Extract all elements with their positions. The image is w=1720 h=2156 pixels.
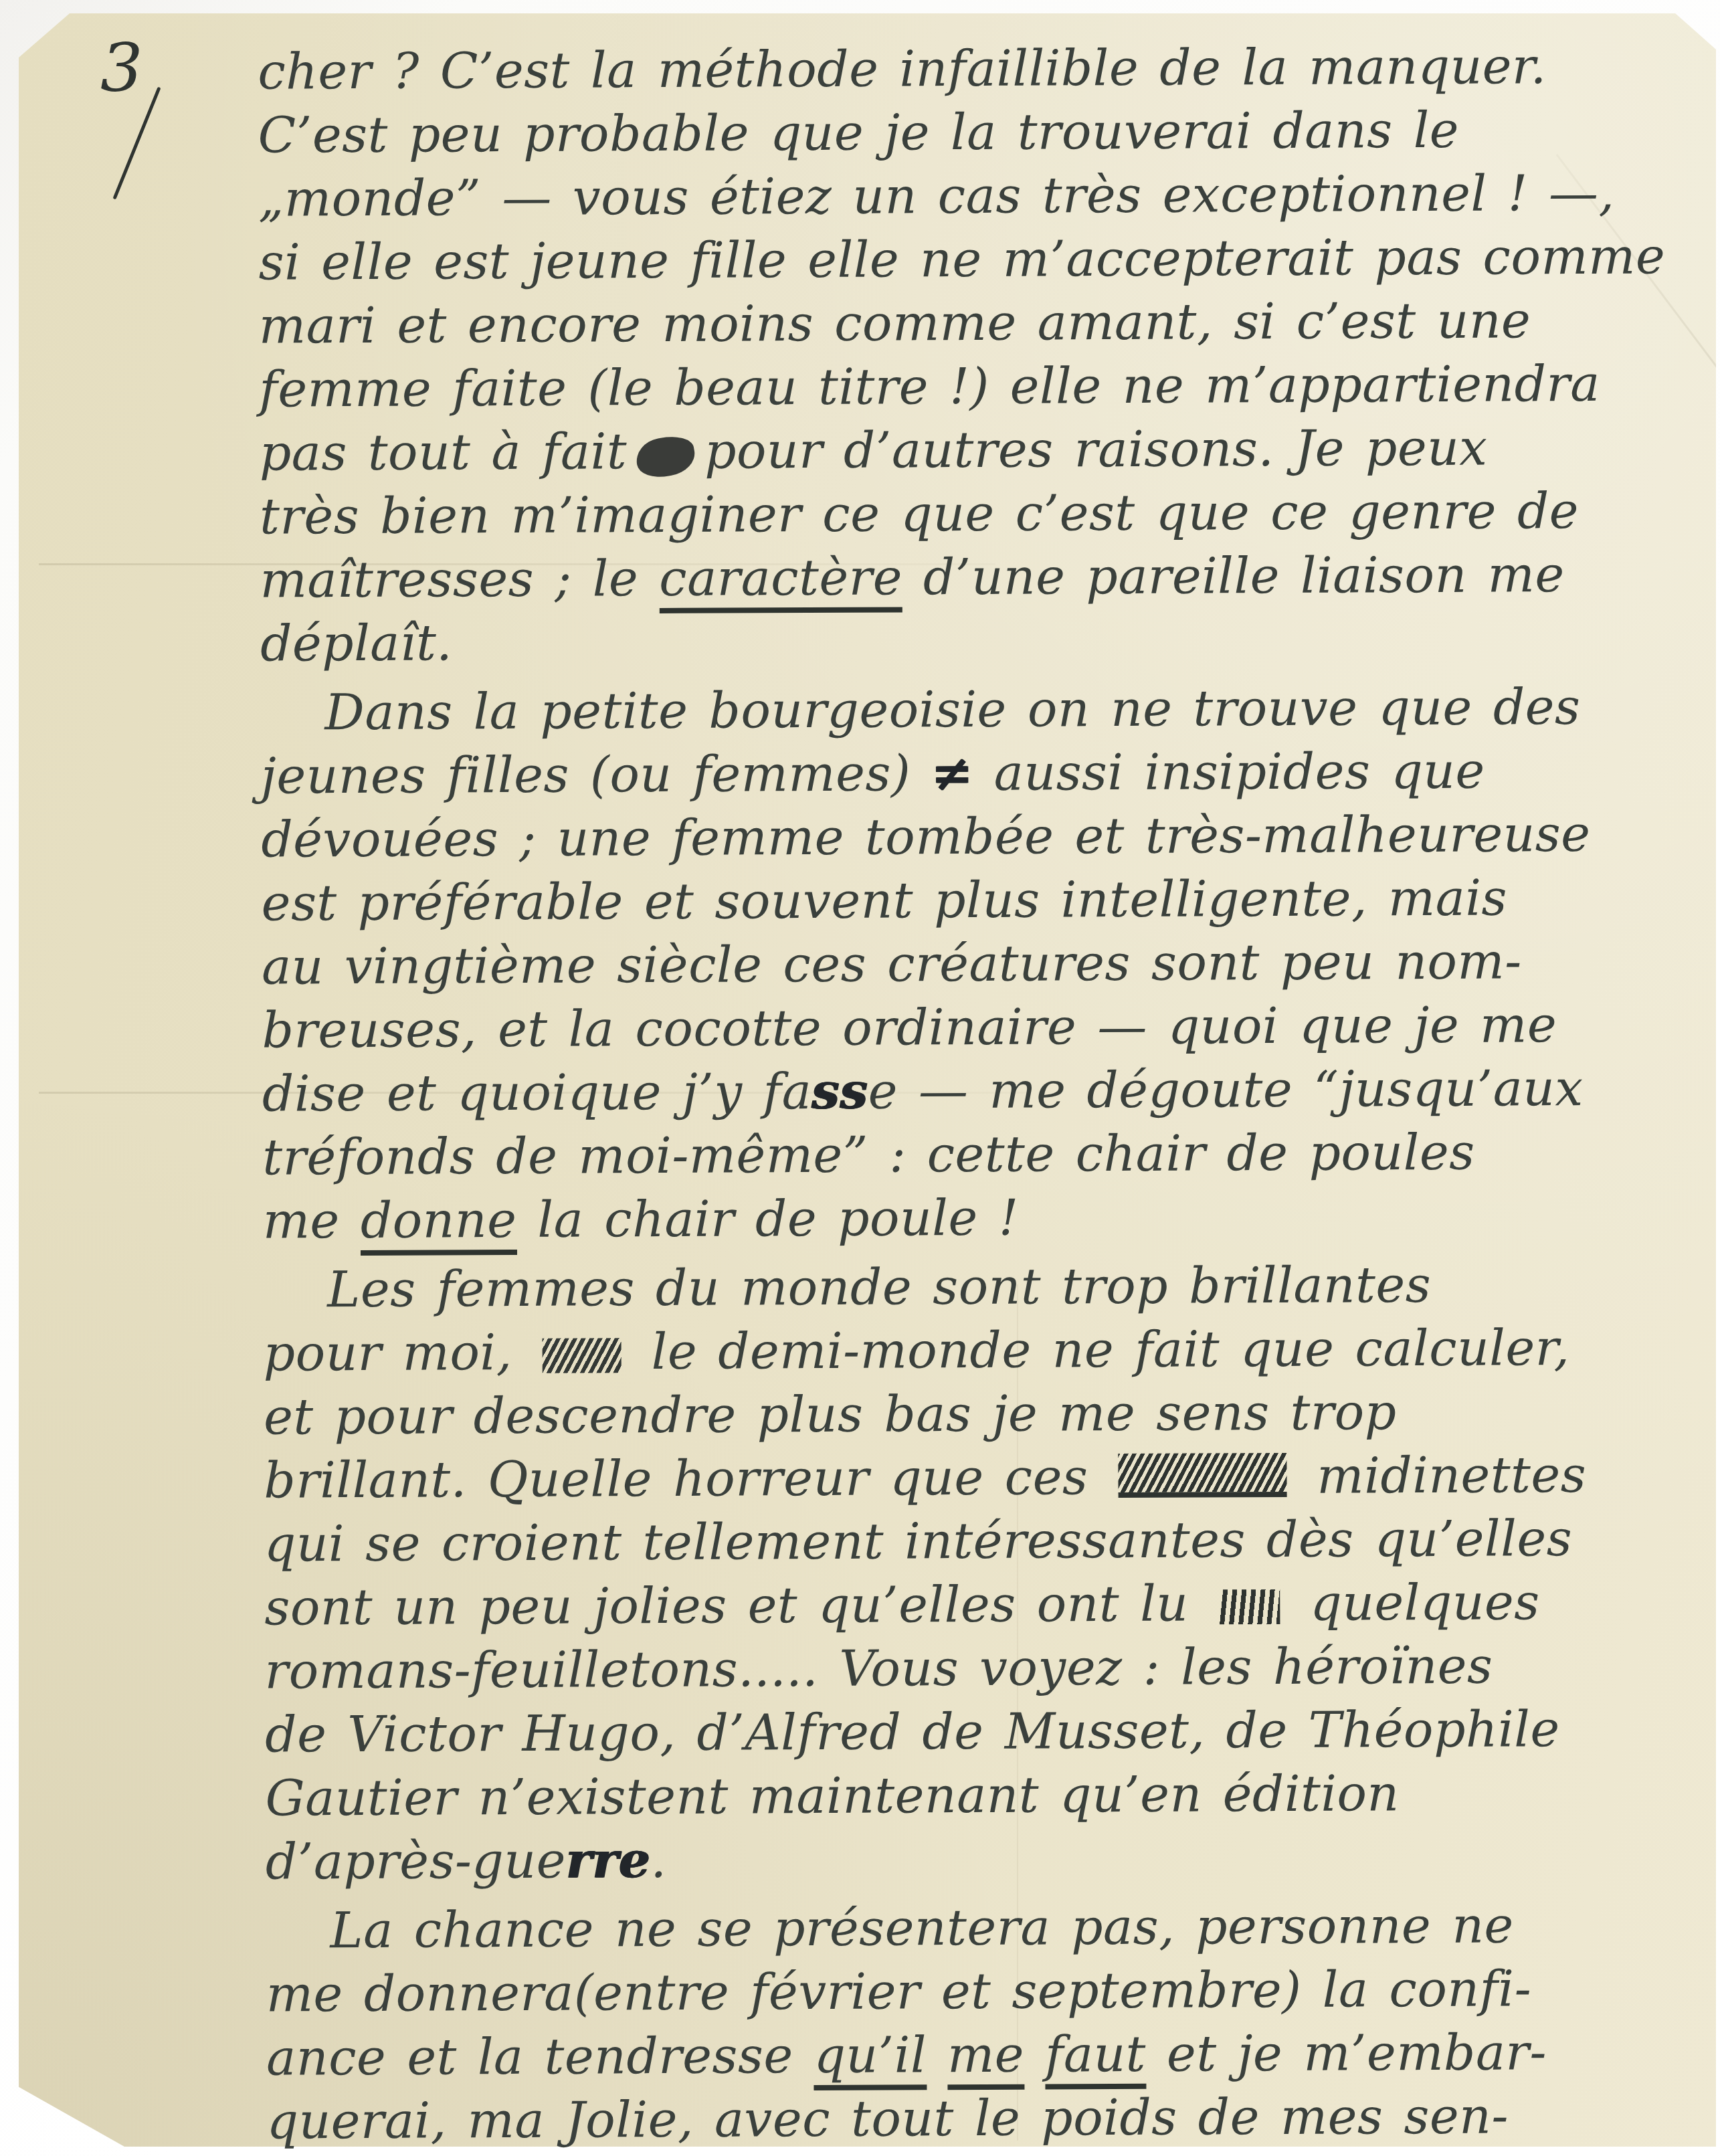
text-segment: au vingtième siècle ces créatures sont p… [262,933,1522,995]
letter-line: d’après-guerre. [266,1824,1673,1894]
text-segment: d’une pareille liaison me [902,546,1565,606]
ink-scratch [1118,1453,1286,1498]
text-segment: et pour descendre plus bas je me sens tr… [264,1383,1397,1446]
text-segment: dévouées ; une femme tombée et très-malh… [261,805,1591,869]
letter-line: au vingtième siècle ces créatures sont p… [262,929,1669,999]
letter-line: Les femmes du monde sont trop brillantes [263,1252,1670,1322]
letter-line: breuses, et la cocotte ordinaire — quoi … [262,993,1669,1062]
letter-line: pas tout à faitpour d’autres raisons. Je… [260,415,1667,485]
letter-line: maîtresses ; le caractère d’une pareille… [260,543,1667,612]
text-segment: C’est peu probable que je la trouverai d… [258,102,1460,165]
text-segment: querai, ma Jolie, avec tout le poids de … [266,2087,1508,2150]
text-segment: dise et quoique j’y fa [262,1063,812,1123]
letter-line: si elle est jeune fille elle ne m’accept… [258,225,1666,294]
paragraph: Les femmes du monde sont trop brillantes… [263,1252,1673,1894]
text-segment: qui se croient tellement intéressantes d… [264,1510,1573,1573]
overwritten-letters: rre [566,1832,651,1890]
text-segment: me [263,1192,361,1250]
letter-line: est préférable et souvent plus intellige… [262,866,1669,935]
text-segment: très bien m’imaginer ce que c’est que ce… [260,482,1579,546]
text-segment: e — me dégoute “jusqu’aux [868,1060,1583,1120]
text-segment: aussi insipides que [973,743,1485,802]
letter-line: tréfonds de moi-même” : cette chair de p… [262,1120,1670,1189]
underlined-word: caractère [659,549,902,613]
text-segment: tréfonds de moi-même” : cette chair de p… [262,1124,1475,1187]
page-number: 3 [100,35,143,203]
text-segment: le demi-monde ne fait que calculer, [630,1319,1569,1381]
text-segment: La chance ne se présentera pas, personne… [330,1896,1514,1959]
letter-line: très bien m’imaginer ce que c’est que ce… [260,479,1667,549]
text-segment: brillant. Quelle horreur que ces [264,1448,1109,1510]
letter-line: querai, ma Jolie, avec tout le poids de … [266,2084,1674,2153]
ink-scratch [1218,1589,1280,1624]
letter-line: sont un peu jolies et qu’elles ont lu qu… [264,1570,1672,1640]
letter-line: mari et encore moins comme amant, si c’e… [259,288,1666,358]
text-segment: Gautier n’existent maintenant qu’en édit… [265,1765,1399,1827]
overwritten-letters: ss [811,1063,868,1120]
letter-line: et pour descendre plus bas je me sens tr… [264,1379,1671,1449]
letter-body: cher ? C’est la méthode infaillible de l… [258,34,1675,2156]
text-segment: sont un peu jolies et qu’elles ont lu [264,1575,1209,1636]
text-segment: mari et encore moins comme amant, si c’e… [259,292,1531,355]
underlined-word: donne [361,1191,517,1256]
text-segment: . [650,1832,666,1889]
letter-line: ance et la tendresse qu’il me faut et je… [266,2020,1674,2090]
letter-line: La chance ne se présentera pas, personne… [266,1893,1673,1963]
paragraph: cher ? C’est la méthode infaillible de l… [258,34,1668,676]
letter-line: pour moi, le demi-monde ne fait que calc… [263,1316,1670,1385]
text-segment: ance et la tendresse [266,2027,814,2087]
text-segment: quelques [1289,1573,1540,1632]
paragraph: La chance ne se présentera pas, personne… [266,1893,1675,2153]
text-segment: midinettes [1296,1446,1586,1505]
text-segment: maîtresses ; le [260,550,659,609]
text-segment: si elle est jeune fille elle ne m’accept… [258,227,1665,291]
underlined-word: me [947,2026,1024,2090]
letter-line: qui se croient tellement intéressantes d… [264,1506,1672,1576]
letter-line: Gautier n’existent maintenant qu’en édit… [265,1761,1673,1830]
text-segment: romans-feuilletons..... Vous voyez : les… [265,1638,1493,1700]
page-number-text: 3 [100,29,143,107]
letter-line: dise et quoique j’y fasse — me dégoute “… [262,1056,1670,1126]
letter-line: de Victor Hugo, d’Alfred de Musset, de T… [265,1697,1673,1767]
text-segment: breuses, et la cocotte ordinaire — quoi … [262,996,1557,1059]
letter-line: C’est peu probable que je la trouverai d… [258,98,1666,167]
text-segment [1024,2026,1045,2083]
text-segment: pour d’autres raisons. Je peux [704,419,1488,480]
ink-scratch [634,433,698,482]
underlined-word: qu’il [814,2026,927,2090]
text-segment: et je m’embar- [1146,2024,1547,2083]
text-segment: déplaît. [260,614,453,672]
letter-line: brillant. Quelle horreur que ces midinet… [264,1443,1671,1512]
letter-line: romans-feuilletons..... Vous voyez : les… [265,1634,1673,1703]
text-segment: la chair de poule ! [516,1189,1019,1249]
text-segment: est préférable et souvent plus intellige… [262,869,1508,932]
text-segment: cher ? C’est la méthode infaillible de l… [258,37,1547,100]
letter-line: me donnera(entre février et septembre) l… [266,1957,1674,2026]
letter-line: cher ? C’est la méthode infaillible de l… [258,34,1665,104]
text-segment: pour moi, [263,1324,533,1383]
text-segment: Les femmes du monde sont trop brillantes [327,1256,1431,1318]
text-segment: „monde” — vous étiez un cas très excepti… [258,165,1615,228]
underlined-word: faut [1045,2026,1146,2090]
text-segment: jeunes filles (ou femmes) [261,745,932,805]
letter-line: „monde” — vous étiez un cas très excepti… [258,161,1666,231]
text-segment: Dans la petite bourgeoisie on ne trouve … [324,678,1580,741]
letter-line: femme faite (le beau titre !) elle ne m’… [259,352,1666,421]
ink-scratch [542,1338,621,1373]
letter-line: Dans la petite bourgeoisie on ne trouve … [260,675,1668,745]
letter-line: me donne la chair de poule ! [263,1183,1670,1253]
letter-line: jeunes filles (ou femmes) ≠ aussi insipi… [261,739,1668,808]
text-segment: pas tout à fait [260,423,628,482]
text-segment [927,2026,947,2084]
scratched-symbol: ≠ [931,745,973,802]
text-segment: me donnera(entre février et septembre) l… [266,1960,1532,2023]
text-segment: d’après-gue [266,1832,566,1891]
text-segment: de Victor Hugo, d’Alfred de Musset, de T… [265,1700,1560,1763]
text-segment: femme faite (le beau titre !) elle ne m’… [259,355,1600,419]
letter-line: déplaît. [260,606,1668,676]
letter-line: dévouées ; une femme tombée et très-malh… [261,802,1668,872]
paragraph: Dans la petite bourgeoisie on ne trouve … [260,675,1670,1253]
